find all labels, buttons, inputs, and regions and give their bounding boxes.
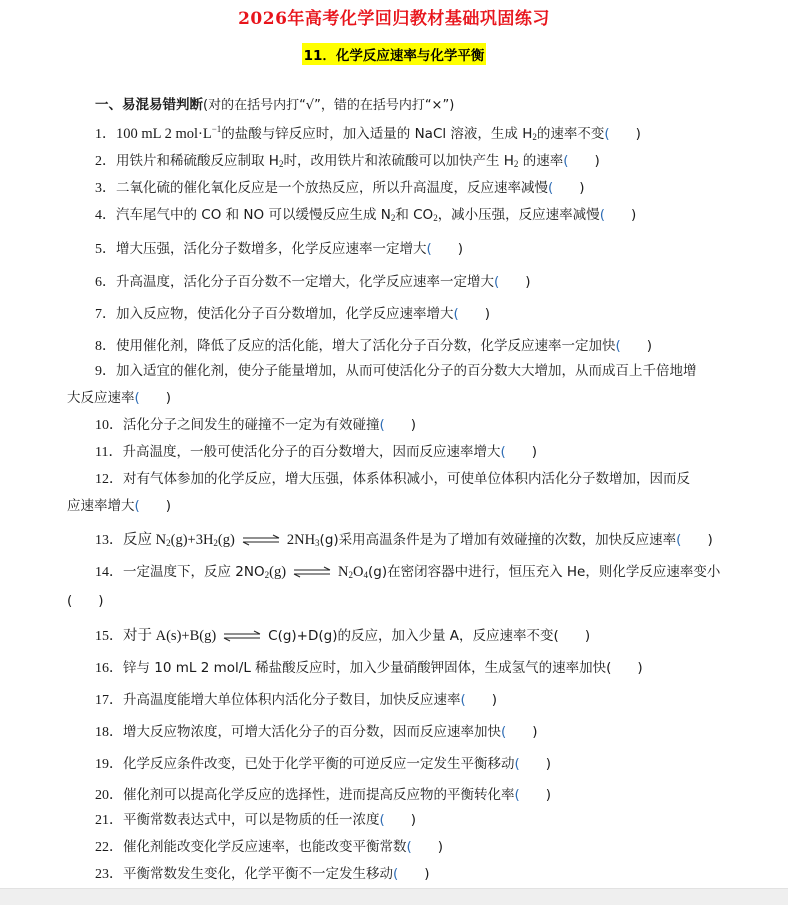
document-title: 2026年高考化学回归教材基础巩固练习	[0, 4, 788, 29]
answer-blank[interactable]: ()	[135, 390, 172, 406]
answer-blank[interactable]: ()	[554, 628, 591, 644]
question-9: 9．加入适宜的催化剂，使分子能量增加，从而可使活化分子的百分数大大增加，从而成百…	[95, 359, 697, 380]
answer-blank[interactable]: ()	[563, 153, 600, 169]
question-14-continued: ()	[67, 593, 104, 609]
answer-blank[interactable]: ()	[454, 306, 491, 322]
question-1: 1．100 mL 2 mol·L−1的盐酸与锌反应时，加入适量的 NaCl 溶液…	[95, 122, 641, 143]
question-18: 18．增大反应物浓度，可增大活化分子的百分数，因而反应速率加快()	[95, 720, 538, 741]
answer-blank[interactable]: ()	[67, 593, 104, 609]
equilibrium-arrow-icon	[241, 534, 281, 546]
answer-blank[interactable]: ()	[676, 532, 713, 548]
question-17: 17．升高温度能增大单位体积内活化分子数目，加快反应速率()	[95, 688, 497, 709]
answer-blank[interactable]: ()	[606, 660, 643, 676]
question-21: 21．平衡常数表达式中，可以是物质的任一浓度()	[95, 808, 416, 829]
question-11: 11．升高温度，一般可使活化分子的百分数增大，因而反应速率增大()	[95, 440, 537, 461]
viewer-bottom-bar	[0, 888, 788, 905]
question-19: 19．化学反应条件改变，已处于化学平衡的可逆反应一定发生平衡移动()	[95, 752, 551, 773]
answer-blank[interactable]: ()	[427, 241, 464, 257]
answer-blank[interactable]: ()	[494, 274, 531, 290]
document-page: 2026年高考化学回归教材基础巩固练习 11．化学反应速率与化学平衡 一、易混易…	[0, 0, 788, 888]
question-22: 22．催化剂能改变化学反应速率，也能改变平衡常数()	[95, 835, 443, 856]
question-15: 15．对于 A(s)+B(g)C(g)+D(g)的反应，加入少量 A，反应速率不…	[95, 624, 590, 645]
answer-blank[interactable]: ()	[604, 126, 641, 142]
question-20: 20．催化剂可以提高化学反应的选择性，进而提高反应物的平衡转化率()	[95, 783, 551, 804]
answer-blank[interactable]: ()	[500, 444, 537, 460]
answer-blank[interactable]: ()	[407, 839, 444, 855]
chapter-subtitle: 11．化学反应速率与化学平衡	[302, 43, 487, 65]
section-heading: 一、易混易错判断(对的在括号内打“√”，错的在括号内打“×”)	[95, 93, 454, 113]
answer-blank[interactable]: ()	[380, 812, 417, 828]
answer-blank[interactable]: ()	[135, 498, 172, 514]
question-16: 16．锌与 10 mL 2 mol/L 稀盐酸反应时，加入少量硝酸钾固体，生成氢…	[95, 656, 643, 677]
answer-blank[interactable]: ()	[548, 180, 585, 196]
answer-blank[interactable]: ()	[515, 787, 552, 803]
section-heading-instruction: (对的在括号内打“√”，错的在括号内打“×”)	[203, 98, 454, 113]
question-10: 10．活化分子之间发生的碰撞不一定为有效碰撞()	[95, 413, 416, 434]
equilibrium-arrow-icon	[222, 630, 262, 642]
equilibrium-arrow-icon	[292, 566, 332, 578]
question-9-continued: 大反应速率()	[67, 386, 171, 406]
question-2: 2．用铁片和稀硫酸反应制取 H2时，改用铁片和浓硫酸可以加快产生 H2 的速率(…	[95, 149, 600, 170]
question-12-continued: 应速率增大()	[67, 494, 171, 514]
question-3: 3．二氧化硫的催化氧化反应是一个放热反应，所以升高温度，反应速率减慢()	[95, 176, 585, 197]
question-4: 4．汽车尾气中的 CO 和 NO 可以缓慢反应生成 N2和 CO2，减小压强，反…	[95, 203, 636, 224]
section-heading-title: 一、易混易错判断	[95, 97, 203, 113]
question-6: 6．升高温度，活化分子百分数不一定增大，化学反应速率一定增大()	[95, 270, 531, 291]
question-12: 12．对有气体参加的化学反应，增大压强，体系体积减小，可使单位体积内活化分子数增…	[95, 467, 690, 488]
answer-blank[interactable]: ()	[393, 866, 430, 882]
question-8: 8．使用催化剂，降低了反应的活化能，增大了活化分子百分数，化学反应速率一定加快(…	[95, 334, 652, 355]
answer-blank[interactable]: ()	[616, 338, 653, 354]
answer-blank[interactable]: ()	[501, 724, 538, 740]
question-23: 23．平衡常数发生变化，化学平衡不一定发生移动()	[95, 862, 430, 883]
answer-blank[interactable]: ()	[380, 417, 417, 433]
question-5: 5．增大压强，活化分子数增多，化学反应速率一定增大()	[95, 237, 463, 258]
answer-blank[interactable]: ()	[461, 692, 498, 708]
question-14: 14．一定温度下，反应 2NO2(g)N2O4(g)在密闭容器中进行，恒压充入 …	[95, 560, 720, 581]
answer-blank[interactable]: ()	[600, 207, 637, 223]
question-7: 7．加入反应物，使活化分子百分数增加，化学反应速率增大()	[95, 302, 490, 323]
answer-blank[interactable]: ()	[515, 756, 552, 772]
question-13: 13．反应 N2(g)+3H2(g)2NH3(g)采用高温条件是为了增加有效碰撞…	[95, 528, 713, 549]
